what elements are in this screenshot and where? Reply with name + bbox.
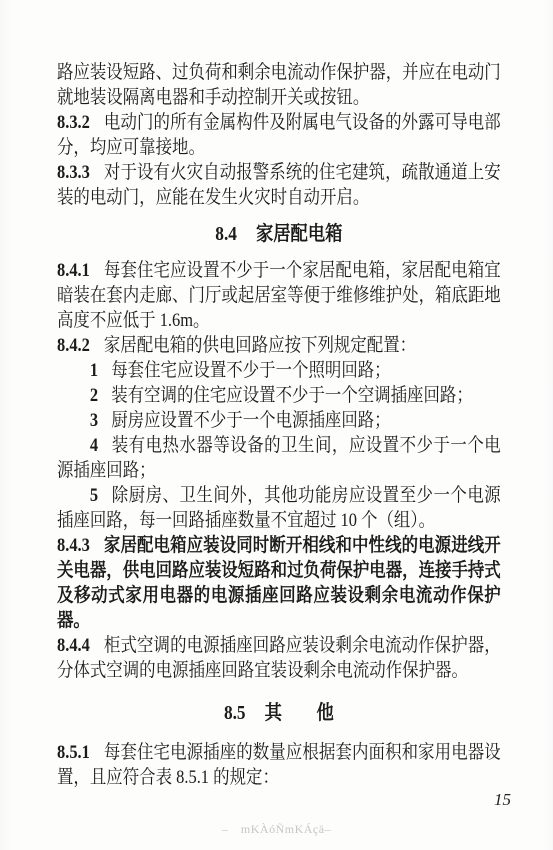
clause-number: 8.4.2 — [57, 335, 90, 356]
clause-number: 8.5.1 — [57, 742, 90, 763]
clause-number: 8.4.3 — [57, 535, 90, 556]
section-heading-8-4: 8.4家居配电箱 — [57, 221, 501, 247]
list-item-1: 1每套住宅应设置不少于一个照明回路； — [57, 358, 501, 383]
section-number: 8.5 — [224, 702, 246, 724]
text-column: 路应装设短路、过负荷和剩余电流动作保护器，并应在电动门就地装设隔离电器和手动控制… — [57, 60, 501, 790]
clause-text: 柜式空调的电源插座回路应装设剩余电流动作保护器，分体式空调的电源插座回路宜装设剩… — [57, 635, 501, 681]
page-number: 15 — [494, 790, 511, 810]
item-text: 每套住宅应设置不少于一个照明回路； — [111, 360, 390, 381]
list-item-3: 3厨房应设置不少于一个电源插座回路； — [57, 408, 501, 433]
section-number: 8.4 — [215, 223, 237, 245]
item-number: 3 — [90, 410, 98, 431]
scan-watermark-artifact: – mKÀóÑmKÁçä– — [222, 820, 331, 837]
clause-8-4-2: 8.4.2家居配电箱的供电回路应按下列规定配置： — [57, 333, 501, 358]
item-number: 2 — [90, 385, 98, 406]
scanned-document-page: 路应装设短路、过负荷和剩余电流动作保护器，并应在电动门就地装设隔离电器和手动控制… — [0, 0, 553, 850]
clause-8-5-1: 8.5.1每套住宅电源插座的数量应根据套内面积和家用电器设置，且应符合表 8.5… — [57, 740, 501, 790]
clause-text: 家居配电箱的供电回路应按下列规定配置： — [104, 335, 416, 356]
clause-8-3-2: 8.3.2电动门的所有金属构件及附属电气设备的外露可导电部分，均应可靠接地。 — [57, 110, 501, 160]
list-item-5: 5除厨房、卫生间外，其他功能房应设置至少一个电源插座回路，每一回路插座数量不宜超… — [57, 483, 501, 533]
section-title: 家居配电箱 — [256, 223, 343, 245]
clause-8-3-3: 8.3.3对于设有火灾自动报警系统的住宅建筑，疏散通道上安装的电动门，应能在发生… — [57, 160, 501, 210]
clause-number: 8.4.1 — [57, 260, 90, 281]
item-number: 4 — [90, 435, 98, 456]
list-item-2: 2装有空调的住宅应设置不少于一个空调插座回路； — [57, 383, 501, 408]
section-title: 其 他 — [265, 702, 334, 724]
clause-text: 电动门的所有金属构件及附属电气设备的外露可导电部分，均应可靠接地。 — [57, 112, 501, 158]
item-text: 厨房应设置不少于一个电源插座回路； — [111, 410, 390, 431]
paragraph-8-3-1-continuation: 路应装设短路、过负荷和剩余电流动作保护器，并应在电动门就地装设隔离电器和手动控制… — [57, 60, 501, 110]
clause-8-4-4: 8.4.4柜式空调的电源插座回路应装设剩余电流动作保护器，分体式空调的电源插座回… — [57, 633, 501, 683]
clause-8-4-3-mandatory: 8.4.3家居配电箱应装设同时断开相线和中性线的电源进线开关电器，供电回路应装设… — [57, 533, 501, 633]
clause-8-4-1: 8.4.1每套住宅应设置不少于一个家居配电箱，家居配电箱宜暗装在套内走廊、门厅或… — [57, 258, 501, 333]
section-heading-8-5: 8.5其 他 — [57, 700, 501, 726]
item-number: 5 — [90, 485, 98, 506]
clause-number: 8.4.4 — [57, 635, 90, 656]
item-text: 装有空调的住宅应设置不少于一个空调插座回路； — [111, 385, 473, 406]
clause-text: 每套住宅应设置不少于一个家居配电箱，家居配电箱宜暗装在套内走廊、门厅或起居室等便… — [57, 260, 501, 331]
list-item-4: 4装有电热水器等设备的卫生间，应设置不少于一个电源插座回路； — [57, 433, 501, 483]
item-text: 除厨房、卫生间外，其他功能房应设置至少一个电源插座回路，每一回路插座数量不宜超过… — [57, 485, 501, 531]
item-number: 1 — [90, 360, 98, 381]
clause-number: 8.3.3 — [57, 162, 90, 183]
item-text: 装有电热水器等设备的卫生间，应设置不少于一个电源插座回路； — [57, 435, 501, 481]
clause-text: 家居配电箱应装设同时断开相线和中性线的电源进线开关电器，供电回路应装设短路和过负… — [57, 535, 501, 631]
clause-text: 对于设有火灾自动报警系统的住宅建筑，疏散通道上安装的电动门，应能在发生火灾时自动… — [57, 162, 501, 208]
clause-number: 8.3.2 — [57, 112, 90, 133]
clause-text: 每套住宅电源插座的数量应根据套内面积和家用电器设置，且应符合表 8.5.1 的规… — [57, 742, 501, 788]
